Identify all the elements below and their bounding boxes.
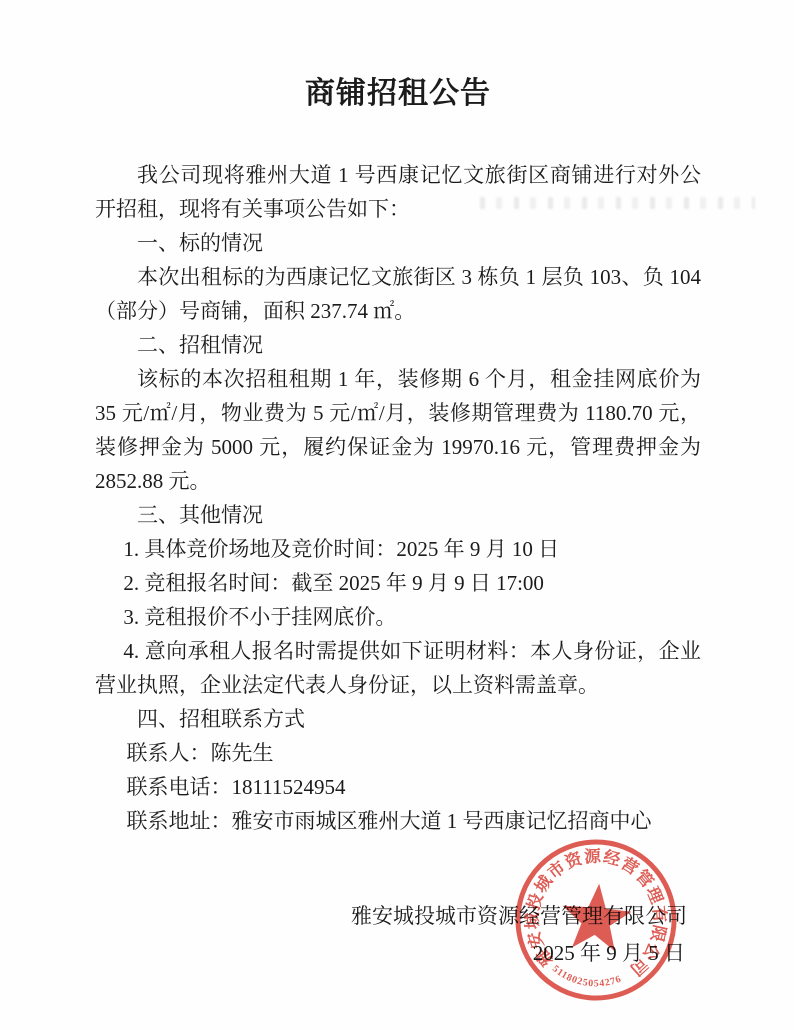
section-3-item-2: 2. 竞租报名时间：截至 2025 年 9 月 9 日 17:00 bbox=[95, 566, 701, 600]
document-title: 商铺招租公告 bbox=[95, 74, 701, 114]
announcement-page: 商铺招租公告 我公司现将雅州大道 1 号西康记忆文旅街区商铺进行对外公开招租，现… bbox=[0, 0, 794, 1030]
scan-noise-artifact bbox=[480, 197, 755, 209]
document-body: 商铺招租公告 我公司现将雅州大道 1 号西康记忆文旅街区商铺进行对外公开招租，现… bbox=[95, 0, 701, 838]
contact-person-line: 联系人：陈先生 bbox=[95, 736, 701, 770]
section-1-body: 本次出租标的为西康记忆文旅街区 3 栋负 1 层负 103、负 104（部分）号… bbox=[95, 260, 701, 328]
contact-phone-line: 联系电话：18111524954 bbox=[95, 770, 701, 804]
section-2-body: 该标的本次招租租期 1 年，装修期 6 个月，租金挂网底价为 35 元/㎡/月，… bbox=[95, 362, 701, 498]
section-3-item-1: 1. 具体竞价场地及竞价时间：2025 年 9 月 10 日 bbox=[95, 532, 701, 566]
section-1-heading: 一、标的情况 bbox=[95, 226, 701, 260]
section-3-heading: 三、其他情况 bbox=[95, 498, 701, 532]
intro-paragraph: 我公司现将雅州大道 1 号西康记忆文旅街区商铺进行对外公开招租，现将有关事项公告… bbox=[95, 158, 701, 226]
section-4-heading: 四、招租联系方式 bbox=[95, 702, 701, 736]
section-3-item-4: 4. 意向承租人报名时需提供如下证明材料：本人身份证，企业营业执照，企业法定代表… bbox=[95, 634, 701, 702]
section-2-heading: 二、招租情况 bbox=[95, 328, 701, 362]
signature-company: 雅安城投城市资源经营管理有限公司 bbox=[95, 899, 701, 933]
section-3-item-3: 3. 竞租报价不小于挂网底价。 bbox=[95, 600, 701, 634]
signature-block: 雅安城投城市资源经营管理有限公司 2025 年 9 月 5 日 bbox=[95, 899, 701, 970]
signature-date: 2025 年 9 月 5 日 bbox=[95, 936, 701, 970]
contact-address-line: 联系地址：雅安市雨城区雅州大道 1 号西康记忆招商中心 bbox=[95, 804, 701, 838]
